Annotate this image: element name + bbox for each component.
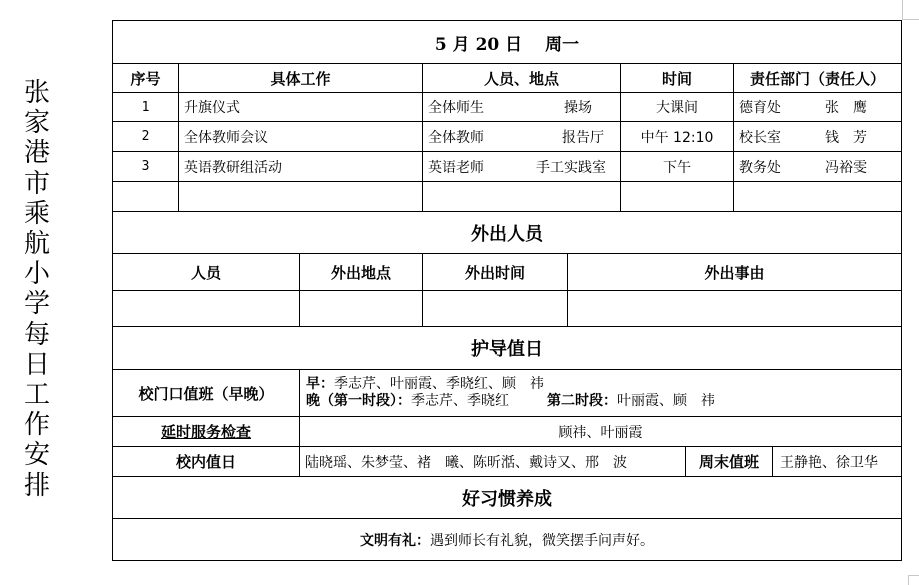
- row-responsible: 钱 芳: [825, 127, 867, 147]
- habit-content: 文明有礼：遇到师长有礼貌，微笑摆手问声好。: [112, 518, 902, 561]
- empty-cell: [112, 181, 179, 212]
- row-people-place: 全体教师 报告厅: [422, 121, 621, 152]
- evening2-label: 第二时段：: [547, 393, 617, 409]
- row-place: 操场: [564, 97, 604, 117]
- row-no: 2: [112, 121, 179, 152]
- title-char: 每: [20, 320, 54, 350]
- date-header: 5 月 20 日 周一: [112, 20, 902, 64]
- weekend-duty-label: 周末值班: [685, 446, 773, 477]
- evening2-staff: 叶丽霞、顾 祎: [617, 393, 715, 409]
- delay-service-value: 顾祎、叶丽霞: [299, 416, 902, 447]
- row-place: 手工实践室: [536, 157, 606, 177]
- row-dept-name: 校长室: [739, 127, 781, 147]
- row-dept: 德育处 张 鹰: [733, 92, 902, 122]
- habit-text: 遇到师长有礼貌，微笑摆手问声好。: [430, 530, 654, 550]
- delay-service-label-text: 延时服务检查: [161, 421, 251, 442]
- title-char: 张: [20, 78, 54, 108]
- row-task: 升旗仪式: [178, 92, 423, 122]
- page-corner-mark: [902, 0, 919, 20]
- gate-duty-value: 早：季志芹、叶丽霞、季晓红、顾 祎 晚（第一时段）：季志芹、季晓红第二时段：叶丽…: [299, 369, 902, 417]
- row-dept: 校长室 钱 芳: [733, 121, 902, 152]
- row-task: 英语教研组活动: [178, 151, 423, 182]
- empty-cell: [178, 181, 423, 212]
- gate-morning-line: 早：季志芹、叶丽霞、季晓红、顾 祎: [306, 376, 544, 393]
- row-place: 报告厅: [562, 127, 604, 147]
- outing-col-place: 外出地点: [299, 253, 423, 291]
- title-char: 作: [20, 410, 54, 440]
- duty-section-title: 护导值日: [112, 326, 902, 370]
- campus-duty-label: 校内值日: [112, 446, 300, 477]
- row-people: 全体教师: [428, 127, 484, 147]
- outing-reason-cell: [567, 290, 902, 327]
- col-header-people-place: 人员、地点: [422, 63, 621, 93]
- title-char: 工: [20, 380, 54, 410]
- morning-staff: 季志芹、叶丽霞、季晓红、顾 祎: [334, 376, 544, 392]
- col-header-no: 序号: [112, 63, 179, 93]
- outing-col-reason: 外出事由: [567, 253, 902, 291]
- row-task: 全体教师会议: [178, 121, 423, 152]
- row-people: 全体师生: [428, 97, 484, 117]
- row-time: 中午 12:10: [620, 121, 734, 152]
- outing-place-cell: [299, 290, 423, 327]
- row-no: 1: [112, 92, 179, 122]
- col-header-dept: 责任部门（责任人）: [733, 63, 902, 93]
- vertical-document-title: 张 家 港 市 乘 航 小 学 每 日 工 作 安 排: [20, 78, 54, 501]
- outing-time-cell: [422, 290, 568, 327]
- title-char: 港: [20, 138, 54, 168]
- empty-cell: [422, 181, 621, 212]
- outing-col-time: 外出时间: [422, 253, 568, 291]
- title-char: 家: [20, 108, 54, 138]
- page-corner-mark: [908, 575, 919, 585]
- row-no: 3: [112, 151, 179, 182]
- title-char: 安: [20, 440, 54, 470]
- title-char: 日: [20, 350, 54, 380]
- evening1-staff: 季志芹、季晓红: [411, 393, 509, 409]
- row-responsible: 冯裕雯: [825, 157, 867, 177]
- row-dept-name: 德育处: [739, 97, 781, 117]
- schedule-table: 5 月 20 日 周一 序号 具体工作 人员、地点 时间 责任部门（责任人） 1…: [112, 20, 902, 561]
- gate-duty-label: 校门口值班（早晚）: [112, 369, 300, 417]
- habit-label: 文明有礼：: [360, 530, 430, 550]
- delay-service-label: 延时服务检查: [112, 416, 300, 447]
- weekend-duty-value: 王静艳、徐卫华: [772, 446, 902, 477]
- habit-section-title: 好习惯养成: [112, 476, 902, 519]
- col-header-time: 时间: [620, 63, 734, 93]
- empty-cell: [733, 181, 902, 212]
- row-time: 大课间: [620, 92, 734, 122]
- title-char: 市: [20, 169, 54, 199]
- evening-label: 晚（第一时段）：: [306, 393, 411, 409]
- outing-section-title: 外出人员: [112, 211, 902, 254]
- title-char: 小: [20, 259, 54, 289]
- title-char: 航: [20, 229, 54, 259]
- morning-label: 早：: [306, 376, 334, 392]
- title-char: 排: [20, 471, 54, 501]
- title-char: 学: [20, 289, 54, 319]
- outing-col-person: 人员: [112, 253, 300, 291]
- title-char: 乘: [20, 199, 54, 229]
- gate-evening-line: 晚（第一时段）：季志芹、季晓红第二时段：叶丽霞、顾 祎: [306, 393, 715, 410]
- row-time: 下午: [620, 151, 734, 182]
- row-people-place: 英语老师 手工实践室: [422, 151, 621, 182]
- row-people: 英语老师: [428, 157, 484, 177]
- row-dept: 教务处 冯裕雯: [733, 151, 902, 182]
- col-header-task: 具体工作: [178, 63, 423, 93]
- empty-cell: [620, 181, 734, 212]
- row-dept-name: 教务处: [739, 157, 781, 177]
- campus-duty-value: 陆晓瑶、朱梦莹、褚 曦、陈昕湉、戴诗又、邢 波: [299, 446, 686, 477]
- row-people-place: 全体师生 操场: [422, 92, 621, 122]
- row-responsible: 张 鹰: [825, 97, 867, 117]
- outing-person-cell: [112, 290, 300, 327]
